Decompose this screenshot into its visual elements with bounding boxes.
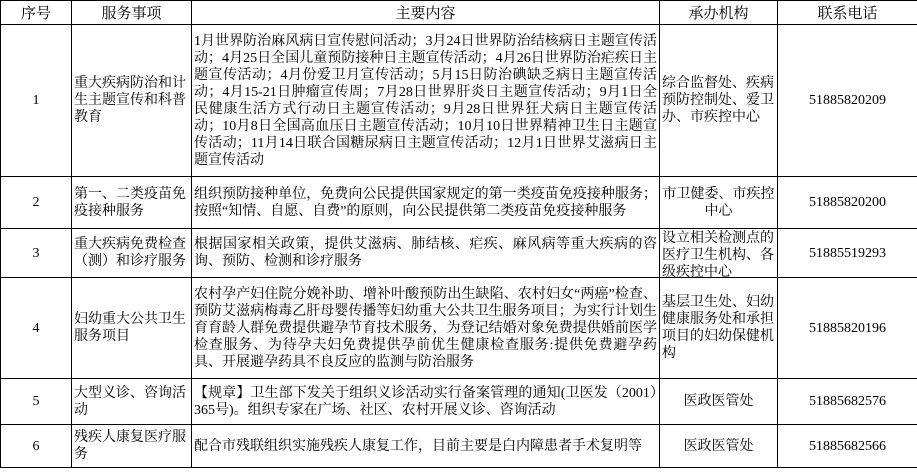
header-content: 主要内容: [192, 1, 660, 25]
row-no: 6: [1, 425, 72, 468]
row-no: 1: [1, 25, 72, 177]
row-service-item: 大型义诊、咨询活动: [72, 379, 192, 425]
row-no: 5: [1, 379, 72, 425]
header-phone: 联系电话: [778, 1, 917, 25]
row-service-item: 重大疾病免费检查（测）和诊疗服务: [72, 229, 192, 278]
row-no: 4: [1, 278, 72, 379]
row-service-item: 残疾人康复医疗服务: [72, 425, 192, 468]
row-service-item: 第一、二类疫苗免疫接种服务: [72, 177, 192, 229]
header-item: 服务事项: [72, 1, 192, 25]
table-row: 4 妇幼重大公共卫生服务项目 农村孕产妇住院分娩补助、增补叶酸预防出生缺陷、农村…: [1, 278, 917, 379]
table-header-row: 序号 服务事项 主要内容 承办机构 联系电话: [1, 1, 917, 25]
table-row: 2 第一、二类疫苗免疫接种服务 组织预防接种单位，免费向公民提供国家规定的第一类…: [1, 177, 917, 229]
row-main-content: 农村孕产妇住院分娩补助、增补叶酸预防出生缺陷、农村妇女“两癌”检查、预防艾滋病梅…: [192, 278, 660, 379]
table-row: 3 重大疾病免费检查（测）和诊疗服务 根据国家相关政策，提供艾滋病、肺结核、疟疾…: [1, 229, 917, 278]
table-row: 5 大型义诊、咨询活动 【规章】卫生部下发关于组织义诊活动实行备案管理的通知(卫…: [1, 379, 917, 425]
row-phone: 51885820209: [778, 25, 917, 177]
row-main-content: 1月世界防治麻风病日宣传慰问活动；3月24日世界防治结核病日主题宣传活动；4月2…: [192, 25, 660, 177]
row-organization: 综合监督处、疾病预防控制处、爱卫办、市疾控中心: [660, 25, 778, 177]
row-main-content: 配合市残联组织实施残疾人康复工作，目前主要是白内障患者手术复明等: [192, 425, 660, 468]
row-organization: 医政医管处: [660, 379, 778, 425]
row-organization: 设立相关检测点的医疗卫生机构、各级疾控中心: [660, 229, 778, 278]
row-phone: 51885820200: [778, 177, 917, 229]
row-phone: 51885820196: [778, 278, 917, 379]
row-phone: 51885519293: [778, 229, 917, 278]
row-phone: 51885682566: [778, 425, 917, 468]
row-organization: 市卫健委、市疾控中心: [660, 177, 778, 229]
row-service-item: 妇幼重大公共卫生服务项目: [72, 278, 192, 379]
row-no: 2: [1, 177, 72, 229]
row-organization: 基层卫生处、妇幼健康服务处和承担项目的妇幼保健机构: [660, 278, 778, 379]
row-phone: 51885682576: [778, 379, 917, 425]
row-main-content: 组织预防接种单位，免费向公民提供国家规定的第一类疫苗免疫接种服务；按照“知情、自…: [192, 177, 660, 229]
row-organization: 医政医管处: [660, 425, 778, 468]
table-row: 1 重大疾病防治和计生主题宣传和科普教育 1月世界防治麻风病日宣传慰问活动；3月…: [1, 25, 917, 177]
row-service-item: 重大疾病防治和计生主题宣传和科普教育: [72, 25, 192, 177]
public-health-services-table: 序号 服务事项 主要内容 承办机构 联系电话 1 重大疾病防治和计生主题宣传和科…: [0, 0, 917, 468]
header-no: 序号: [1, 1, 72, 25]
service-table-document: 序号 服务事项 主要内容 承办机构 联系电话 1 重大疾病防治和计生主题宣传和科…: [0, 0, 917, 474]
table-row: 6 残疾人康复医疗服务 配合市残联组织实施残疾人康复工作，目前主要是白内障患者手…: [1, 425, 917, 468]
row-main-content: 根据国家相关政策，提供艾滋病、肺结核、疟疾、麻风病等重大疾病的咨询、预防、检测和…: [192, 229, 660, 278]
row-main-content: 【规章】卫生部下发关于组织义诊活动实行备案管理的通知(卫医发（2001）365号…: [192, 379, 660, 425]
row-no: 3: [1, 229, 72, 278]
header-org: 承办机构: [660, 1, 778, 25]
